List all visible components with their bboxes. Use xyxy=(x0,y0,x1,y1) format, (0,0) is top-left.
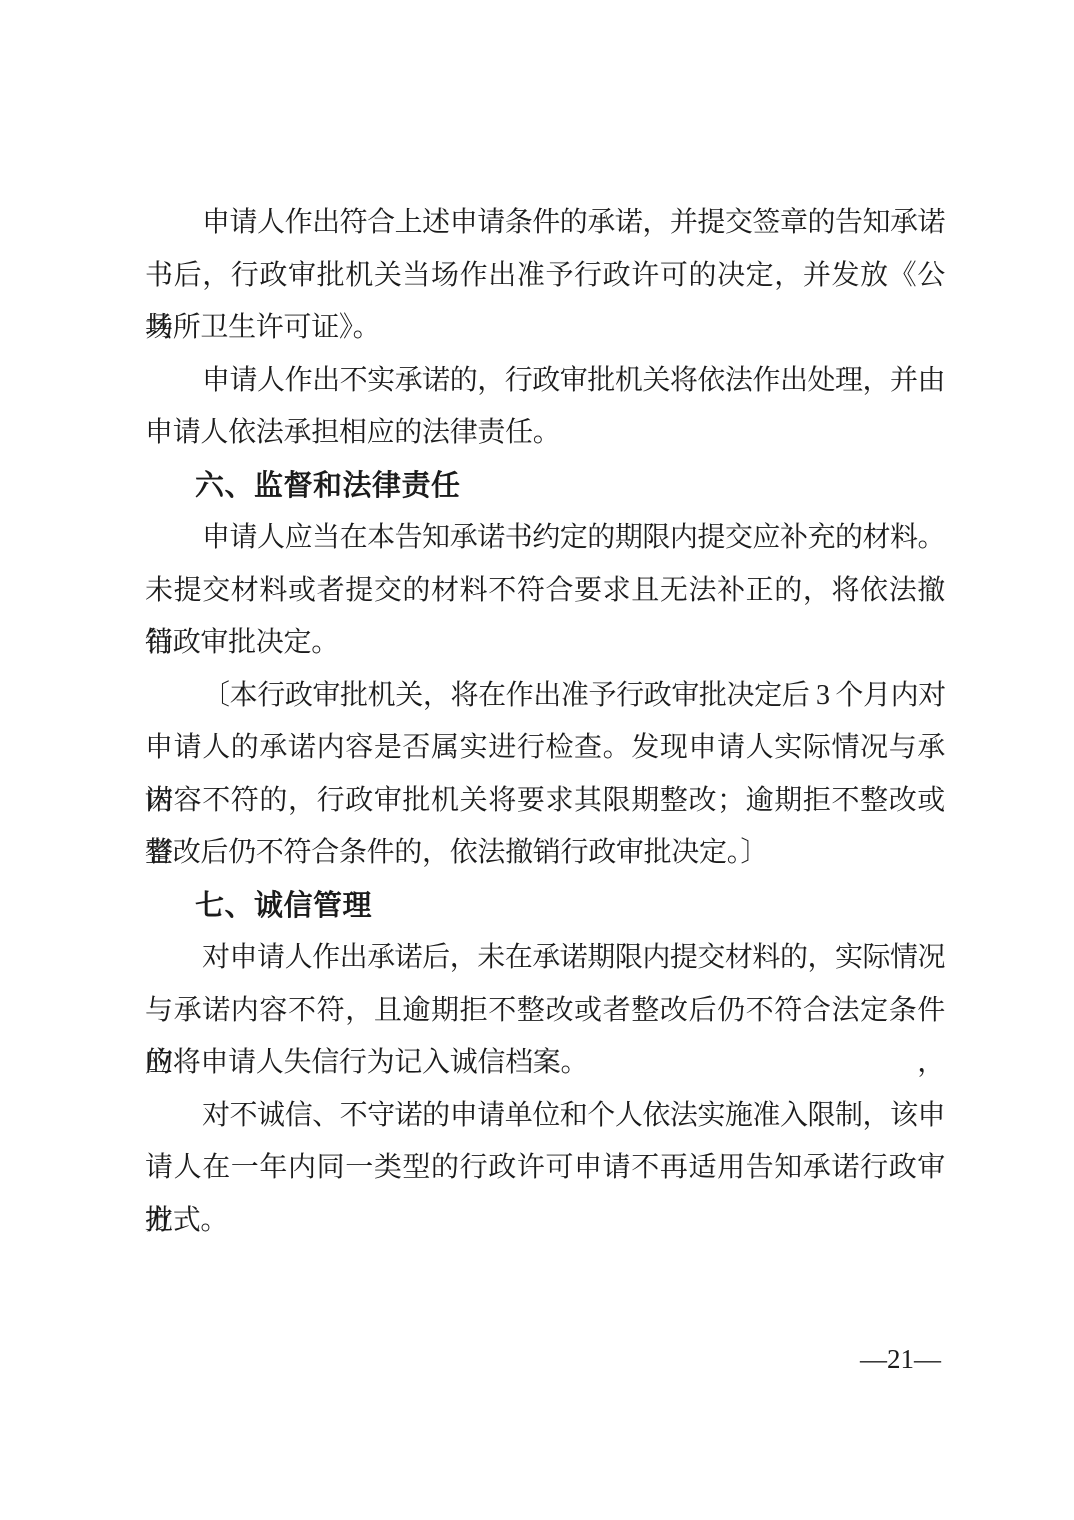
body-line: 未提交材料或者提交的材料不符合要求且无法补正的，将依法撤销 xyxy=(145,565,945,618)
body-line: 对申请人作出承诺后，未在承诺期限内提交材料的，实际情况 xyxy=(145,932,945,985)
body-line: 申请人的承诺内容是否属实进行检查。发现申请人实际情况与承诺 xyxy=(145,722,945,775)
body-line: 整改后仍不符合条件的，依法撤销行政审批决定。〕 xyxy=(145,827,945,880)
body-line: 对不诚信、不守诺的申请单位和个人依法实施准入限制，该申 xyxy=(145,1090,945,1143)
body-line: 申请人作出符合上述申请条件的承诺，并提交签章的告知承诺 xyxy=(145,197,945,250)
body-line: 请人在一年内同一类型的行政许可申请不再适用告知承诺行政审批 xyxy=(145,1142,945,1195)
body-line: 方式。 xyxy=(145,1195,945,1248)
body-line: 〔本行政审批机关，将在作出准予行政审批决定后 3 个月内对 xyxy=(145,670,945,723)
heading-section-six: 六、监督和法律责任 xyxy=(145,460,945,513)
body-line: 申请人应当在本告知承诺书约定的期限内提交应补充的材料。 xyxy=(145,512,945,565)
document-page: 申请人作出符合上述申请条件的承诺，并提交签章的告知承诺 书后，行政审批机关当场作… xyxy=(0,0,1074,1520)
body-line: 场所卫生许可证》。 xyxy=(145,302,945,355)
body-line: 内容不符的，行政审批机关将要求其限期整改；逾期拒不整改或者 xyxy=(145,775,945,828)
body-line: 申请人依法承担相应的法律责任。 xyxy=(145,407,945,460)
body-line: 书后，行政审批机关当场作出准予行政许可的决定，并发放《公共 xyxy=(145,250,945,303)
body-line: 申请人作出不实承诺的，行政审批机关将依法作出处理，并由 xyxy=(145,355,945,408)
body-line: 行政审批决定。 xyxy=(145,617,945,670)
document-body: 申请人作出符合上述申请条件的承诺，并提交签章的告知承诺 书后，行政审批机关当场作… xyxy=(145,197,945,1247)
body-line: 与承诺内容不符，且逾期拒不整改或者整改后仍不符合法定条件的， xyxy=(145,985,945,1038)
page-number: —21— xyxy=(860,1342,941,1376)
heading-section-seven: 七、诚信管理 xyxy=(145,880,945,933)
